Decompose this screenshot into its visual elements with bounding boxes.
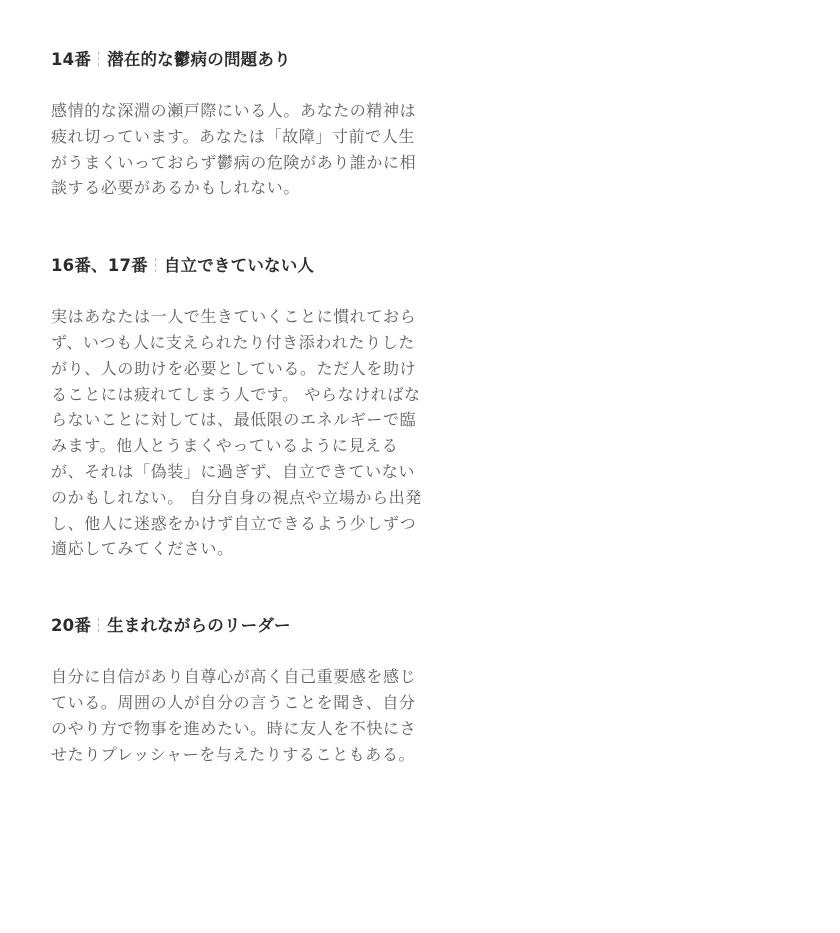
heading-separator — [155, 258, 157, 272]
section-body: 感情的な深淵の瀬戸際にいる人。あなたの精神は 疲れ切っています。あなたは「故障」… — [51, 98, 431, 201]
body-line: 談する必要があるかもしれない。 — [51, 175, 431, 201]
section-title: 潜在的な鬱病の問題あり — [107, 50, 291, 69]
body-line: のやり方で物事を進めたい。時に友人を不快にさ — [51, 716, 431, 742]
body-line: ている。周囲の人が自分の言うことを聞き、自分 — [51, 690, 431, 716]
section-number: 20番 — [51, 616, 91, 635]
section-heading: 16番、17番自立できていない人 — [51, 253, 431, 279]
body-line: ることには疲れてしまう人です。 やらなければな — [51, 382, 431, 408]
body-line: 適応してみてください。 — [51, 536, 431, 562]
body-line: らないことに対しては、最低限のエネルギーで臨 — [51, 407, 431, 433]
body-line: 自分に自信があり自尊心が高く自己重要感を感じ — [51, 664, 431, 690]
body-line: 感情的な深淵の瀬戸際にいる人。あなたの精神は — [51, 98, 431, 124]
body-line: が、それは「偽装」に過ぎず、自立できていない — [51, 459, 431, 485]
body-line: みます。他人とうまくやっているように見える — [51, 433, 431, 459]
section-number: 14番 — [51, 50, 91, 69]
heading-separator — [98, 52, 100, 66]
body-line: ず、いつも人に支えられたり付き添われたりした — [51, 330, 431, 356]
section-title: 自立できていない人 — [164, 256, 314, 275]
section-number: 16番、17番 — [51, 256, 148, 275]
section-16-17: 16番、17番自立できていない人 実はあなたは一人で生きていくことに慣れておら … — [51, 253, 431, 562]
section-body: 自分に自信があり自尊心が高く自己重要感を感じ ている。周囲の人が自分の言うことを… — [51, 664, 431, 767]
section-body: 実はあなたは一人で生きていくことに慣れておら ず、いつも人に支えられたり付き添わ… — [51, 304, 431, 562]
body-line: し、他人に迷惑をかけず自立できるよう少しずつ — [51, 511, 431, 537]
section-heading: 14番潜在的な鬱病の問題あり — [51, 47, 431, 73]
body-line: のかもしれない。 自分自身の視点や立場から出発 — [51, 485, 431, 511]
section-20: 20番生まれながらのリーダー 自分に自信があり自尊心が高く自己重要感を感じ てい… — [51, 613, 431, 767]
body-line: せたりプレッシャーを与えたりすることもある。 — [51, 742, 431, 768]
section-14: 14番潜在的な鬱病の問題あり 感情的な深淵の瀬戸際にいる人。あなたの精神は 疲れ… — [51, 47, 431, 201]
body-line: がり、人の助けを必要としている。ただ人を助け — [51, 356, 431, 382]
body-line: 実はあなたは一人で生きていくことに慣れておら — [51, 304, 431, 330]
body-line: 疲れ切っています。あなたは「故障」寸前で人生 — [51, 124, 431, 150]
section-title: 生まれながらのリーダー — [107, 616, 291, 635]
section-heading: 20番生まれながらのリーダー — [51, 613, 431, 639]
article-content: 14番潜在的な鬱病の問題あり 感情的な深淵の瀬戸際にいる人。あなたの精神は 疲れ… — [51, 47, 431, 767]
heading-separator — [98, 618, 100, 632]
body-line: がうまくいっておらず鬱病の危険があり誰かに相 — [51, 150, 431, 176]
